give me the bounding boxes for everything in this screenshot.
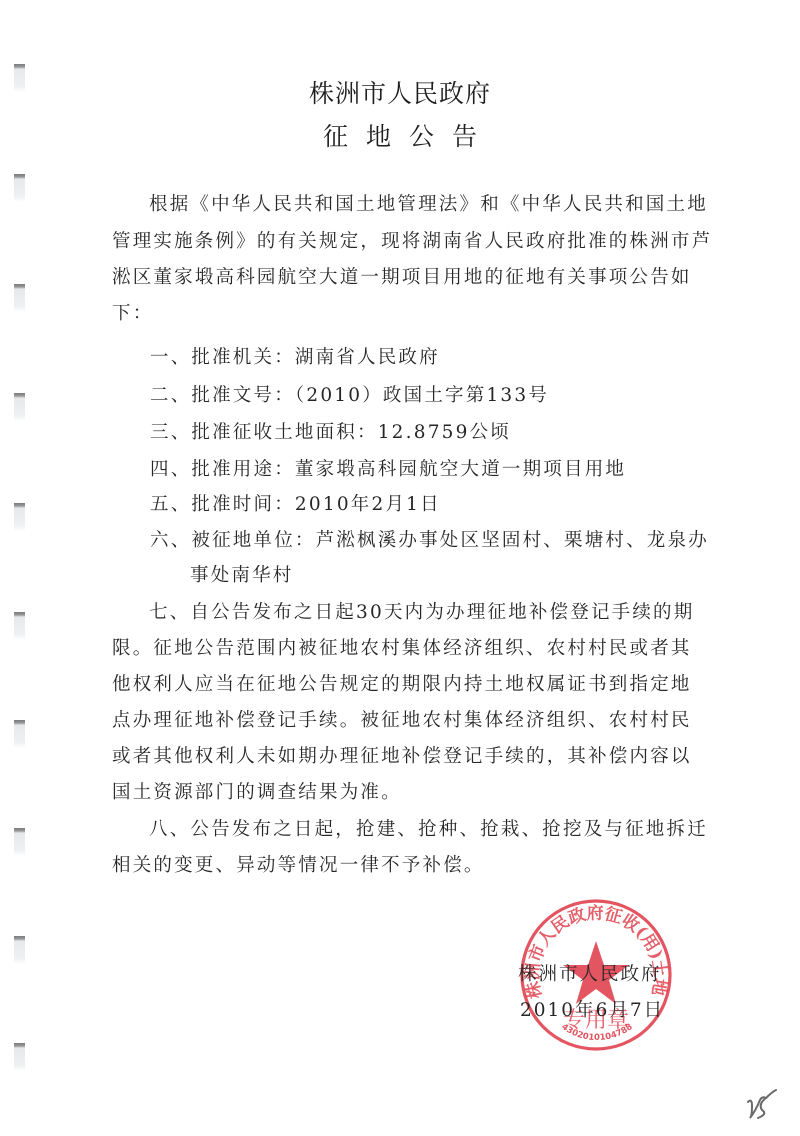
item-land-area: 三、批准征收土地面积：12.8759公顷 — [150, 418, 511, 444]
binder-hole — [14, 936, 25, 964]
handwritten-page-number-icon — [744, 1088, 780, 1124]
item-value: 2010年2月1日 — [295, 494, 441, 515]
clause-7-line: 限。征地公告范围内被征地农村集体经济组织、农村村民或者其 — [112, 634, 692, 660]
clause-7-line: 国土资源部门的调查结果为准。 — [112, 778, 402, 804]
item-approval-date: 五、批准时间：2010年2月1日 — [150, 490, 441, 516]
clause-7-line: 点办理征地补偿登记手续。被征地农村集体经济组织、农村村民 — [112, 706, 692, 732]
item-affected-units: 六、被征地单位：芦淞枫溪办事处区坚固村、栗塘村、龙泉办 — [150, 526, 709, 552]
item-value: 芦淞枫溪办事处区坚固村、栗塘村、龙泉办 — [316, 530, 709, 551]
item-approving-authority: 一、批准机关：湖南省人民政府 — [150, 343, 440, 369]
item-value: 湖南省人民政府 — [295, 347, 440, 368]
item-label: 六、被征地单位： — [150, 530, 316, 551]
binder-hole — [14, 720, 25, 748]
item-value: 12.8759公顷 — [378, 422, 511, 443]
item-value: （2010）政国土字第133号 — [295, 385, 549, 406]
binder-hole — [14, 612, 25, 640]
item-label: 一、批准机关： — [150, 347, 295, 368]
binder-hole — [14, 284, 25, 312]
clause-7-line: 或者其他权利人未如期办理征地补偿登记手续的，其补偿内容以 — [112, 742, 692, 768]
intro-line: 淞区董家塅高科园航空大道一期项目用地的征地有关事项公告如 — [112, 263, 692, 289]
item-approval-number: 二、批准文号：（2010）政国土字第133号 — [150, 381, 549, 407]
clause-7-line: 七、自公告发布之日起30天内为办理征地补偿登记手续的期 — [149, 598, 694, 624]
item-approved-use: 四、批准用途：董家塅高科园航空大道一期项目用地 — [150, 455, 626, 481]
intro-line: 根据《中华人民共和国土地管理法》和《中华人民共和国土地 — [149, 190, 708, 216]
signature-org: 株洲市人民政府 — [518, 960, 662, 986]
issuer-heading: 株洲市人民政府 — [0, 74, 800, 110]
clause-8-line: 八、公告发布之日起，抢建、抢种、抢栽、抢挖及与征地拆迁 — [149, 815, 708, 841]
binder-hole — [14, 503, 25, 531]
binder-hole — [14, 393, 25, 421]
page-title: 征地公告 — [0, 117, 800, 153]
binder-hole — [14, 1043, 25, 1071]
item-label: 二、批准文号： — [150, 385, 295, 406]
clause-7-line: 他权利人应当在征地公告规定的期限内持土地权属证书到指定地 — [112, 670, 692, 696]
intro-line: 管理实施条例》的有关规定，现将湖南省人民政府批准的株洲市芦 — [112, 227, 712, 253]
binder-hole — [14, 828, 25, 856]
item-affected-units-cont: 事处南华村 — [190, 561, 294, 587]
item-label: 五、批准时间： — [150, 494, 295, 515]
item-label: 三、批准征收土地面积： — [150, 422, 378, 443]
intro-line: 下： — [112, 299, 153, 325]
signature-date: 2010年6月7日 — [520, 996, 664, 1022]
item-label: 四、批准用途： — [150, 459, 295, 480]
clause-8-line: 相关的变更、异动等情况一律不予补偿。 — [112, 851, 485, 877]
binder-hole — [14, 174, 25, 202]
item-value: 董家塅高科园航空大道一期项目用地 — [295, 459, 626, 480]
